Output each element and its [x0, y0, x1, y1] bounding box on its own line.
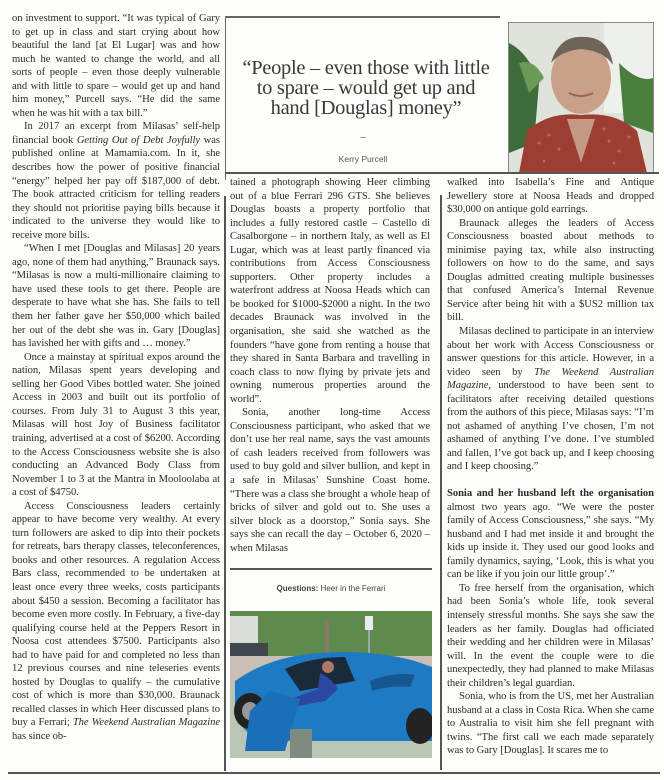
- paragraph: In 2017 an excerpt from Milasas’ self-he…: [12, 120, 220, 242]
- body-text: Access Consciousness leaders certainly a…: [12, 501, 220, 729]
- paragraph: on investment to support. “It was typica…: [12, 12, 220, 120]
- paragraph: Access Consciousness leaders certainly a…: [12, 500, 220, 744]
- column-rule-2-3: [440, 195, 442, 770]
- paragraph: To free herself from the organisation, w…: [447, 582, 654, 690]
- body-text: walked into Isabella’s Fine and Antique …: [447, 177, 654, 215]
- pull-quote-dash: –: [226, 132, 500, 143]
- body-text: , understood to have been sent to facili…: [447, 380, 654, 472]
- italic-text: The Weekend Australian Magazine: [73, 717, 220, 728]
- paragraph: Once a mainstay at spiritual expos aroun…: [12, 351, 220, 500]
- body-text: “When I met [Douglas and Milasas] 20 yea…: [12, 243, 220, 349]
- portrait-image-icon: [509, 23, 653, 173]
- body-text: Sonia, another long-time Access Consciou…: [230, 407, 430, 553]
- pull-quote-box: “People – even those with little to spar…: [225, 16, 500, 180]
- ferrari-photo: [230, 611, 432, 758]
- paragraph: Sonia and her husband left the organisat…: [447, 487, 654, 582]
- photo-caption: Questions: Heer in the Ferrari: [230, 584, 432, 593]
- photo-top-rule: [230, 568, 432, 570]
- body-text: Braunack alleges the leaders of Access C…: [447, 218, 654, 324]
- bold-lead-in: Sonia and her husband left the organisat…: [447, 488, 654, 499]
- photo-section: Questions: Heer in the Ferrari: [230, 568, 432, 768]
- body-text: To free herself from the organisation, w…: [447, 583, 654, 689]
- body-text: was published online at Mamamia.com. In …: [12, 135, 220, 241]
- body-text: has since ob-: [12, 731, 67, 742]
- paragraph: “When I met [Douglas and Milasas] 20 yea…: [12, 242, 220, 350]
- body-text: on investment to support. “It was typica…: [12, 13, 220, 119]
- caption-text: Heer in the Ferrari: [318, 584, 385, 593]
- body-text: almost two years ago. “We were the poste…: [447, 502, 654, 581]
- article-column-2: tained a photograph showing Heer climbin…: [230, 176, 430, 555]
- column-rule-1-2: [224, 196, 226, 771]
- paragraph: tained a photograph showing Heer climbin…: [230, 176, 430, 406]
- horizontal-rule-top: [225, 172, 659, 174]
- article-column-1: on investment to support. “It was typica…: [12, 12, 220, 744]
- body-text: tained a photograph showing Heer climbin…: [230, 177, 430, 405]
- paragraph: Milasas declined to participate in an in…: [447, 325, 654, 474]
- car-image-icon: [230, 611, 432, 758]
- horizontal-rule-bottom: [8, 772, 660, 774]
- body-text: Once a mainstay at spiritual expos aroun…: [12, 352, 220, 498]
- caption-label: Questions:: [277, 584, 319, 593]
- paragraph: Sonia, who is from the US, met her Austr…: [447, 690, 654, 758]
- body-text: Sonia, who is from the US, met her Austr…: [447, 691, 654, 756]
- article-column-3: walked into Isabella’s Fine and Antique …: [447, 176, 654, 758]
- paragraph: Sonia, another long-time Access Consciou…: [230, 406, 430, 555]
- pull-quote-attribution: Kerry Purcell: [226, 154, 500, 164]
- portrait-photo: [508, 22, 654, 174]
- paragraph: Braunack alleges the leaders of Access C…: [447, 217, 654, 325]
- paragraph: walked into Isabella’s Fine and Antique …: [447, 176, 654, 217]
- italic-text: Getting Out of Debt Joyfully: [77, 135, 200, 146]
- pull-quote-text: “People – even those with little to spar…: [238, 58, 494, 118]
